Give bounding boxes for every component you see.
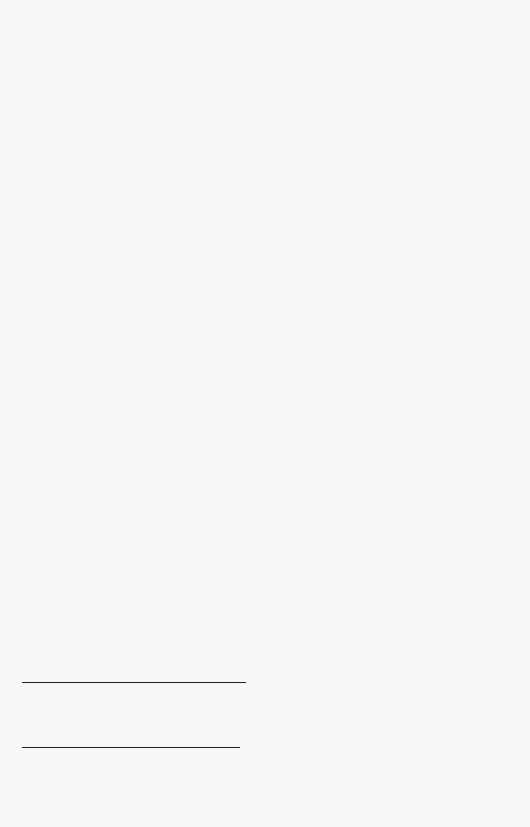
answer-blank-1[interactable] <box>22 670 134 683</box>
q17-p2-line2 <box>22 735 240 753</box>
answer-blank-3[interactable] <box>22 735 130 748</box>
answer-blank-4[interactable] <box>130 735 240 748</box>
exam-page <box>0 0 530 827</box>
q17-p1-line2 <box>22 670 246 688</box>
answer-blank-2[interactable] <box>134 670 246 683</box>
